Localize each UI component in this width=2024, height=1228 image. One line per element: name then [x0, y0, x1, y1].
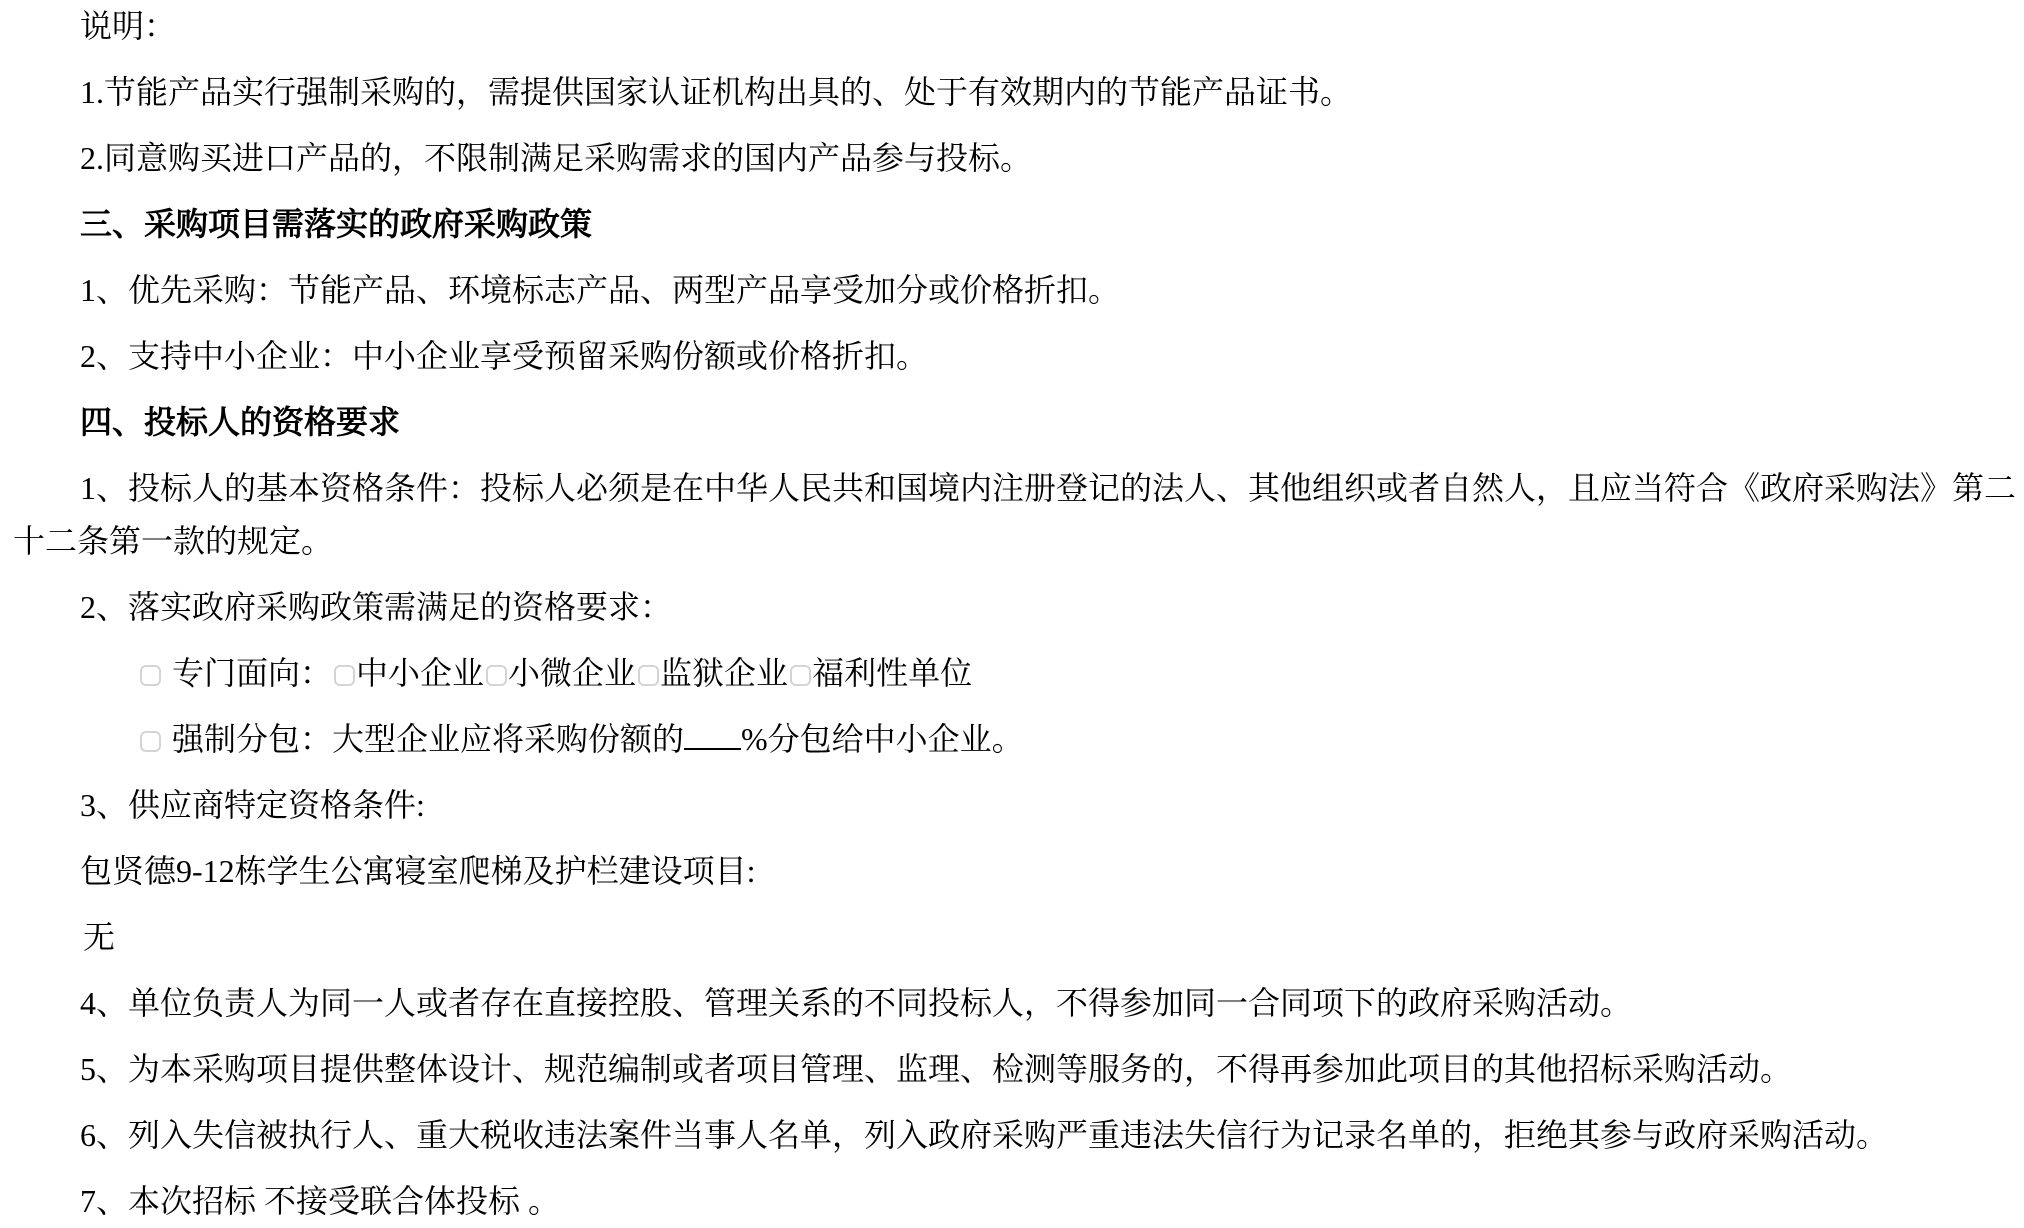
s3-item-sme-support: 2、支持中小企业：中小企业享受预留采购份额或价格折扣。	[13, 330, 2004, 383]
option-prison-enterprise-checkbox[interactable]	[638, 665, 659, 686]
s4-item-policy-qualification-label: 2、落实政府采购政策需满足的资格要求：	[13, 581, 2004, 634]
dedicated-procurement-row: 专门面向：中小企业小微企业监狱企业福利性单位	[13, 647, 2004, 700]
option-micro-enterprise-checkbox[interactable]	[486, 665, 507, 686]
s4-item-consortium-bidding: 7、本次招标 不接受联合体投标 。	[13, 1175, 2004, 1228]
option-sme-checkbox[interactable]	[334, 665, 355, 686]
s4-item-dishonesty-list-restriction: 6、列入失信被执行人、重大税收违法案件当事人名单，列入政府采购严重违法失信行为记…	[13, 1109, 2004, 1162]
qualification-line-1: 1、投标人的基本资格条件：投标人必须是在中华人民共和国境内注册登记的法人、其他组…	[13, 462, 2004, 515]
note-energy-products: 1.节能产品实行强制采购的，需提供国家认证机构出具的、处于有效期内的节能产品证书…	[13, 66, 2004, 119]
s3-item-priority-procurement: 1、优先采购：节能产品、环境标志产品、两型产品享受加分或价格折扣。	[13, 264, 2004, 317]
s4-item-same-responsible-person: 4、单位负责人为同一人或者存在直接控股、管理关系的不同投标人，不得参加同一合同项…	[13, 977, 2004, 1030]
option-prison-enterprise-label: 监狱企业	[660, 655, 788, 691]
section4-heading: 四、投标人的资格要求	[13, 396, 2004, 449]
project-name-line: 包贤德9-12栋学生公寓寝室爬梯及护栏建设项目:	[13, 845, 2004, 898]
subcontract-text-suffix: %分包给中小企业。	[741, 721, 1024, 757]
option-welfare-unit-label: 福利性单位	[812, 655, 972, 691]
project-requirement-value: 无	[13, 911, 2004, 964]
explanation-label: 说明：	[13, 0, 2004, 53]
dedicated-label: 专门面向：	[172, 655, 332, 691]
mandatory-subcontract-row: 强制分包：大型企业应将采购份额的%分包给中小企业。	[13, 713, 2004, 766]
percentage-blank-field[interactable]	[684, 742, 741, 750]
option-micro-enterprise-label: 小微企业	[508, 655, 636, 691]
s4-item-design-services-restriction: 5、为本采购项目提供整体设计、规范编制或者项目管理、监理、检测等服务的，不得再参…	[13, 1043, 2004, 1096]
section3-heading: 三、采购项目需落实的政府采购政策	[13, 198, 2004, 251]
subcontract-text-prefix: 强制分包：大型企业应将采购份额的	[172, 721, 684, 757]
document-page: 说明： 1.节能产品实行强制采购的，需提供国家认证机构出具的、处于有效期内的节能…	[0, 0, 2024, 1228]
note-imported-products: 2.同意购买进口产品的，不限制满足采购需求的国内产品参与投标。	[13, 132, 2004, 185]
option-sme-label: 中小企业	[356, 655, 484, 691]
s4-item-basic-qualification: 1、投标人的基本资格条件：投标人必须是在中华人民共和国境内注册登记的法人、其他组…	[13, 462, 2004, 568]
s4-item-specific-qualification-label: 3、供应商特定资格条件:	[13, 779, 2004, 832]
option-welfare-unit-checkbox[interactable]	[790, 665, 811, 686]
qualification-line-2: 十二条第一款的规定。	[13, 515, 2004, 568]
dedicated-checkbox[interactable]	[140, 665, 161, 686]
subcontract-checkbox[interactable]	[140, 731, 161, 752]
